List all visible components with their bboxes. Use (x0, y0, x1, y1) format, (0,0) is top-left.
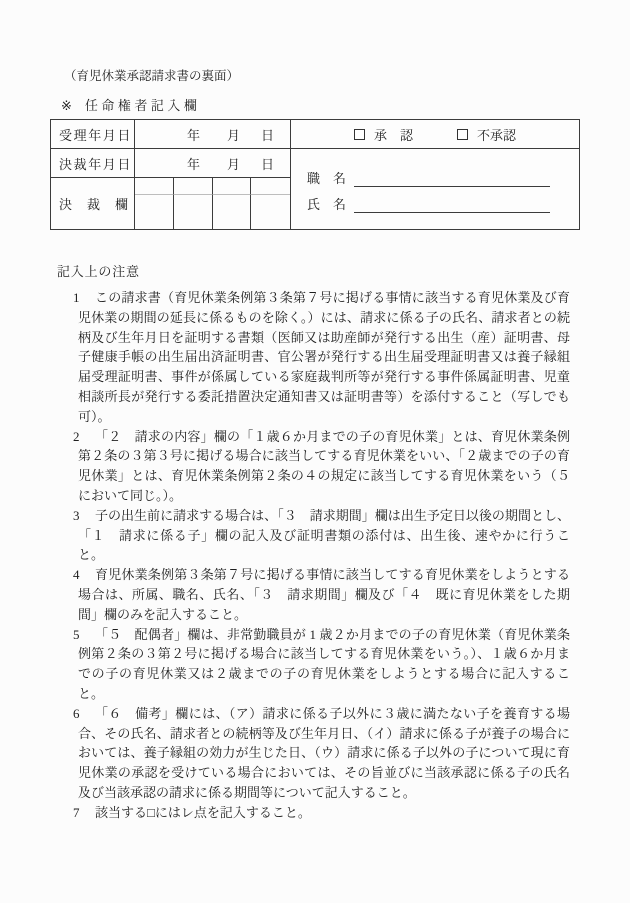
note-number: 3 (73, 506, 80, 526)
reject-label: 不承認 (477, 125, 516, 144)
note-text: 育児休業条例第３条第７号に掲げる事情に該当してする育児休業をしようとする場合は、… (78, 567, 570, 622)
note-item-1: 1この請求書（育児休業条例第３条第７号に掲げる事情に該当する育児休業及び育児休業… (78, 288, 570, 427)
notes-heading: 記入上の注意 (57, 262, 630, 282)
decision-date-row: 決裁年月日 年 月 日 (51, 149, 290, 178)
job-title-field[interactable] (354, 172, 550, 187)
unit-month: 月 (227, 125, 240, 144)
name-row: 氏 名 (307, 194, 579, 213)
approval-stamp-label: 決 裁 欄 (51, 178, 135, 229)
stamp-cell (135, 195, 174, 229)
stamp-cell (174, 178, 213, 195)
note-number: 4 (73, 565, 80, 585)
approve-checkbox[interactable] (354, 129, 365, 140)
note-text: 「６ 備考」欄には、（ア）請求に係る子以外に３歳に満たない子を養育する場合、その… (78, 706, 570, 800)
reference-mark: ※ (61, 98, 72, 114)
unit-year: 年 (187, 125, 200, 144)
unit-year: 年 (187, 154, 200, 173)
note-item-7: 7該当する□にはレ点を記入すること。 (78, 803, 570, 823)
note-item-3: 3子の出生前に請求する場合は、「３ 請求期間」欄は出生予定日以後の期間とし、「１… (78, 506, 570, 565)
approver-section-label: ※任命権者記入欄 (61, 98, 630, 114)
approval-stamp-row: 決 裁 欄 (51, 178, 290, 229)
page-title: （育児休業承認請求書の裏面） (64, 68, 630, 84)
unit-month: 月 (227, 154, 240, 173)
job-title-label: 職 名 (307, 168, 346, 187)
note-item-4: 4育児休業条例第３条第７号に掲げる事情に該当してする育児休業をしようとする場合は… (78, 565, 570, 624)
note-text: 「５ 配偶者」欄は、非常勤職員が 1 歳２か月までの子の育児休業（育児休業条例第… (78, 627, 570, 701)
name-label: 氏 名 (307, 194, 346, 213)
decision-date-field: 年 月 日 (135, 149, 290, 177)
decision-date-label: 決裁年月日 (51, 149, 135, 177)
received-date-row: 受理年月日 年 月 日 (51, 120, 290, 149)
stamp-cell (251, 195, 290, 229)
table-right-section: 承 認 不承認 職 名 氏 名 (291, 120, 579, 229)
notes-list: 1この請求書（育児休業条例第３条第７号に掲げる事情に該当する育児休業及び育児休業… (0, 288, 630, 823)
stamp-cell (213, 195, 252, 229)
stamp-cell (174, 195, 213, 229)
note-number: 5 (73, 625, 80, 645)
note-text: 子の出生前に請求する場合は、「３ 請求期間」欄は出生予定日以後の期間とし、「１ … (78, 508, 570, 563)
note-item-5: 5「５ 配偶者」欄は、非常勤職員が 1 歳２か月までの子の育児休業（育児休業条例… (78, 625, 570, 704)
signature-area: 職 名 氏 名 (291, 149, 579, 229)
approval-stamp-grid (135, 178, 290, 229)
table-left-section: 受理年月日 年 月 日 決裁年月日 年 月 日 決 裁 欄 (51, 120, 291, 229)
note-number: 7 (73, 803, 80, 823)
note-item-2: 2「２ 請求の内容」欄の「１歳６か月までの子の育児休業」とは、育児休業条例第２条… (78, 427, 570, 506)
received-date-label: 受理年月日 (51, 120, 135, 148)
stamp-cell (213, 178, 252, 195)
approver-section-text: 任命権者記入欄 (85, 98, 201, 113)
stamp-cell (135, 178, 174, 195)
name-field[interactable] (354, 198, 550, 213)
job-title-row: 職 名 (307, 168, 579, 187)
note-text: 「２ 請求の内容」欄の「１歳６か月までの子の育児休業」とは、育児休業条例第２条の… (78, 429, 570, 503)
approve-label: 承 認 (374, 125, 413, 144)
note-number: 2 (73, 427, 80, 447)
note-item-6: 6「６ 備考」欄には、（ア）請求に係る子以外に３歳に満たない子を養育する場合、そ… (78, 704, 570, 803)
stamp-cell (251, 178, 290, 195)
received-date-field: 年 月 日 (135, 120, 290, 148)
approval-decision-row: 承 認 不承認 (291, 120, 579, 149)
unit-day: 日 (261, 125, 274, 144)
note-text: この請求書（育児休業条例第３条第７号に掲げる事情に該当する育児休業及び育児休業の… (78, 290, 570, 424)
approver-entry-table: 受理年月日 年 月 日 決裁年月日 年 月 日 決 裁 欄 (50, 119, 580, 230)
note-text: 該当する□にはレ点を記入すること。 (95, 805, 311, 820)
reject-checkbox[interactable] (457, 129, 468, 140)
note-number: 6 (73, 704, 80, 724)
document-page: （育児休業承認請求書の裏面） ※任命権者記入欄 受理年月日 年 月 日 決裁年月… (0, 0, 630, 903)
note-number: 1 (73, 288, 80, 308)
unit-day: 日 (261, 154, 274, 173)
